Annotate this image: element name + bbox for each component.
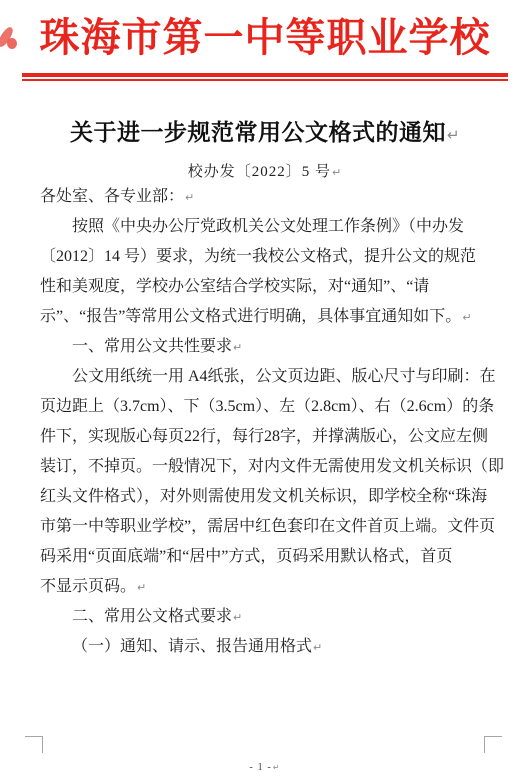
paragraph-mark: ↵ [313,641,322,654]
body-line-text: （一）通知、请示、报告通用格式 [72,638,312,655]
paragraph-mark: ↵ [332,166,342,179]
body-paragraph-line: 页边距上（3.7cm）、下（3.5cm）、左（2.8cm）、右（2.6cm）的条 [40,392,500,422]
document-page: 珠海市第一中等职业学校 关于进一步规范常用公文格式的通知↵ 校办发〔2022〕5… [0,0,530,783]
body-paragraph-line: 不显示页码。↵ [40,572,500,602]
body-paragraph-line: 装订，不掉页。一般情况下，对内文件无需使用发文机关标识（即 [40,452,500,482]
document-number-text: 校办发〔2022〕5 号 [188,164,331,180]
body-paragraph-line: 市第一中等职业学校”，需居中红色套印在文件首页上端。文件页 [40,512,500,542]
body-paragraph-line: （一）通知、请示、报告通用格式↵ [40,632,500,662]
school-name-header: 珠海市第一中等职业学校 [0,12,530,64]
body-line-text: 不显示页码。 [40,578,136,595]
red-separator-line [22,73,508,81]
document-body: 各处室、各专业部：↵ 按照《中央办公厅党政机关公文处理工作条例》（中办发 〔20… [40,182,500,662]
paragraph-mark: ↵ [233,341,242,354]
paragraph-mark: ↵ [137,581,146,594]
body-line-text: 性和美观度，学校办公室结合学校实际，对“通知”、“请 [40,278,429,295]
crop-mark-right [484,736,502,753]
body-line-text: 市第一中等职业学校”，需居中红色套印在文件首页上端。文件页 [40,518,495,535]
body-line-text: 示”、“报告”等常用公文格式进行明确，具体事宜通知如下。 [40,308,461,325]
body-line-text: 码采用“页面底端”和“居中”方式，页码采用默认格式，首页 [40,548,452,565]
body-paragraph-line: 件下，实现版心每页22行，每行28字，并撑满版心，公文应左侧 [40,422,500,452]
body-line-text: 件下，实现版心每页22行，每行28字，并撑满版心，公文应左侧 [40,428,488,445]
body-line-text: 按照《中央办公厅党政机关公文处理工作条例》（中办发 [72,218,464,235]
body-line-text: 页边距上（3.7cm）、下（3.5cm）、左（2.8cm）、右（2.6cm）的条 [40,398,494,415]
body-paragraph-line: 码采用“页面底端”和“居中”方式，页码采用默认格式，首页 [40,542,500,572]
body-paragraph-line: 按照《中央办公厅党政机关公文处理工作条例》（中办发 [40,212,500,242]
paragraph-mark: ↵ [233,611,242,624]
paragraph-mark: ↵ [447,126,460,144]
paragraph-mark: ↵ [185,191,194,204]
paragraph-mark: ↵ [462,311,471,324]
document-title: 关于进一步规范常用公文格式的通知↵ [0,112,530,155]
body-paragraph-line: 〔2012〕14 号）要求，为统一我校公文格式，提升公文的规范 [40,242,500,272]
paragraph-mark: ↵ [273,763,281,772]
body-line-text: 红头文件格式），对外则需使用发文机关标识，即学校全称“珠海 [40,488,487,505]
crop-mark-left [25,736,43,753]
body-line-text: 各处室、各专业部： [40,188,184,205]
body-line-text: 装订，不掉页。一般情况下，对内文件无需使用发文机关标识（即 [40,458,504,475]
body-line-text: 二、常用公文格式要求 [72,608,232,625]
body-line-text: 〔2012〕14 号）要求，为统一我校公文格式，提升公文的规范 [40,248,476,265]
body-paragraph-line: 性和美观度，学校办公室结合学校实际，对“通知”、“请 [40,272,500,302]
body-paragraph-line: 红头文件格式），对外则需使用发文机关标识，即学校全称“珠海 [40,482,500,512]
body-paragraph-line: 二、常用公文格式要求↵ [40,602,500,632]
page-number: - 1 -↵ [0,760,530,776]
body-line-text: 公文用纸统一用 A4纸张，公文页边距、版心尺寸与印刷：在 [72,368,496,385]
body-paragraph-line: 公文用纸统一用 A4纸张，公文页边距、版心尺寸与印刷：在 [40,362,500,392]
body-paragraph-line: 各处室、各专业部：↵ [40,182,500,212]
document-title-text: 关于进一步规范常用公文格式的通知 [70,119,446,145]
body-line-text: 一、常用公文共性要求 [72,338,232,355]
page-number-text: - 1 - [249,762,272,773]
body-paragraph-line: 一、常用公文共性要求↵ [40,332,500,362]
body-paragraph-line: 示”、“报告”等常用公文格式进行明确，具体事宜通知如下。↵ [40,302,500,332]
